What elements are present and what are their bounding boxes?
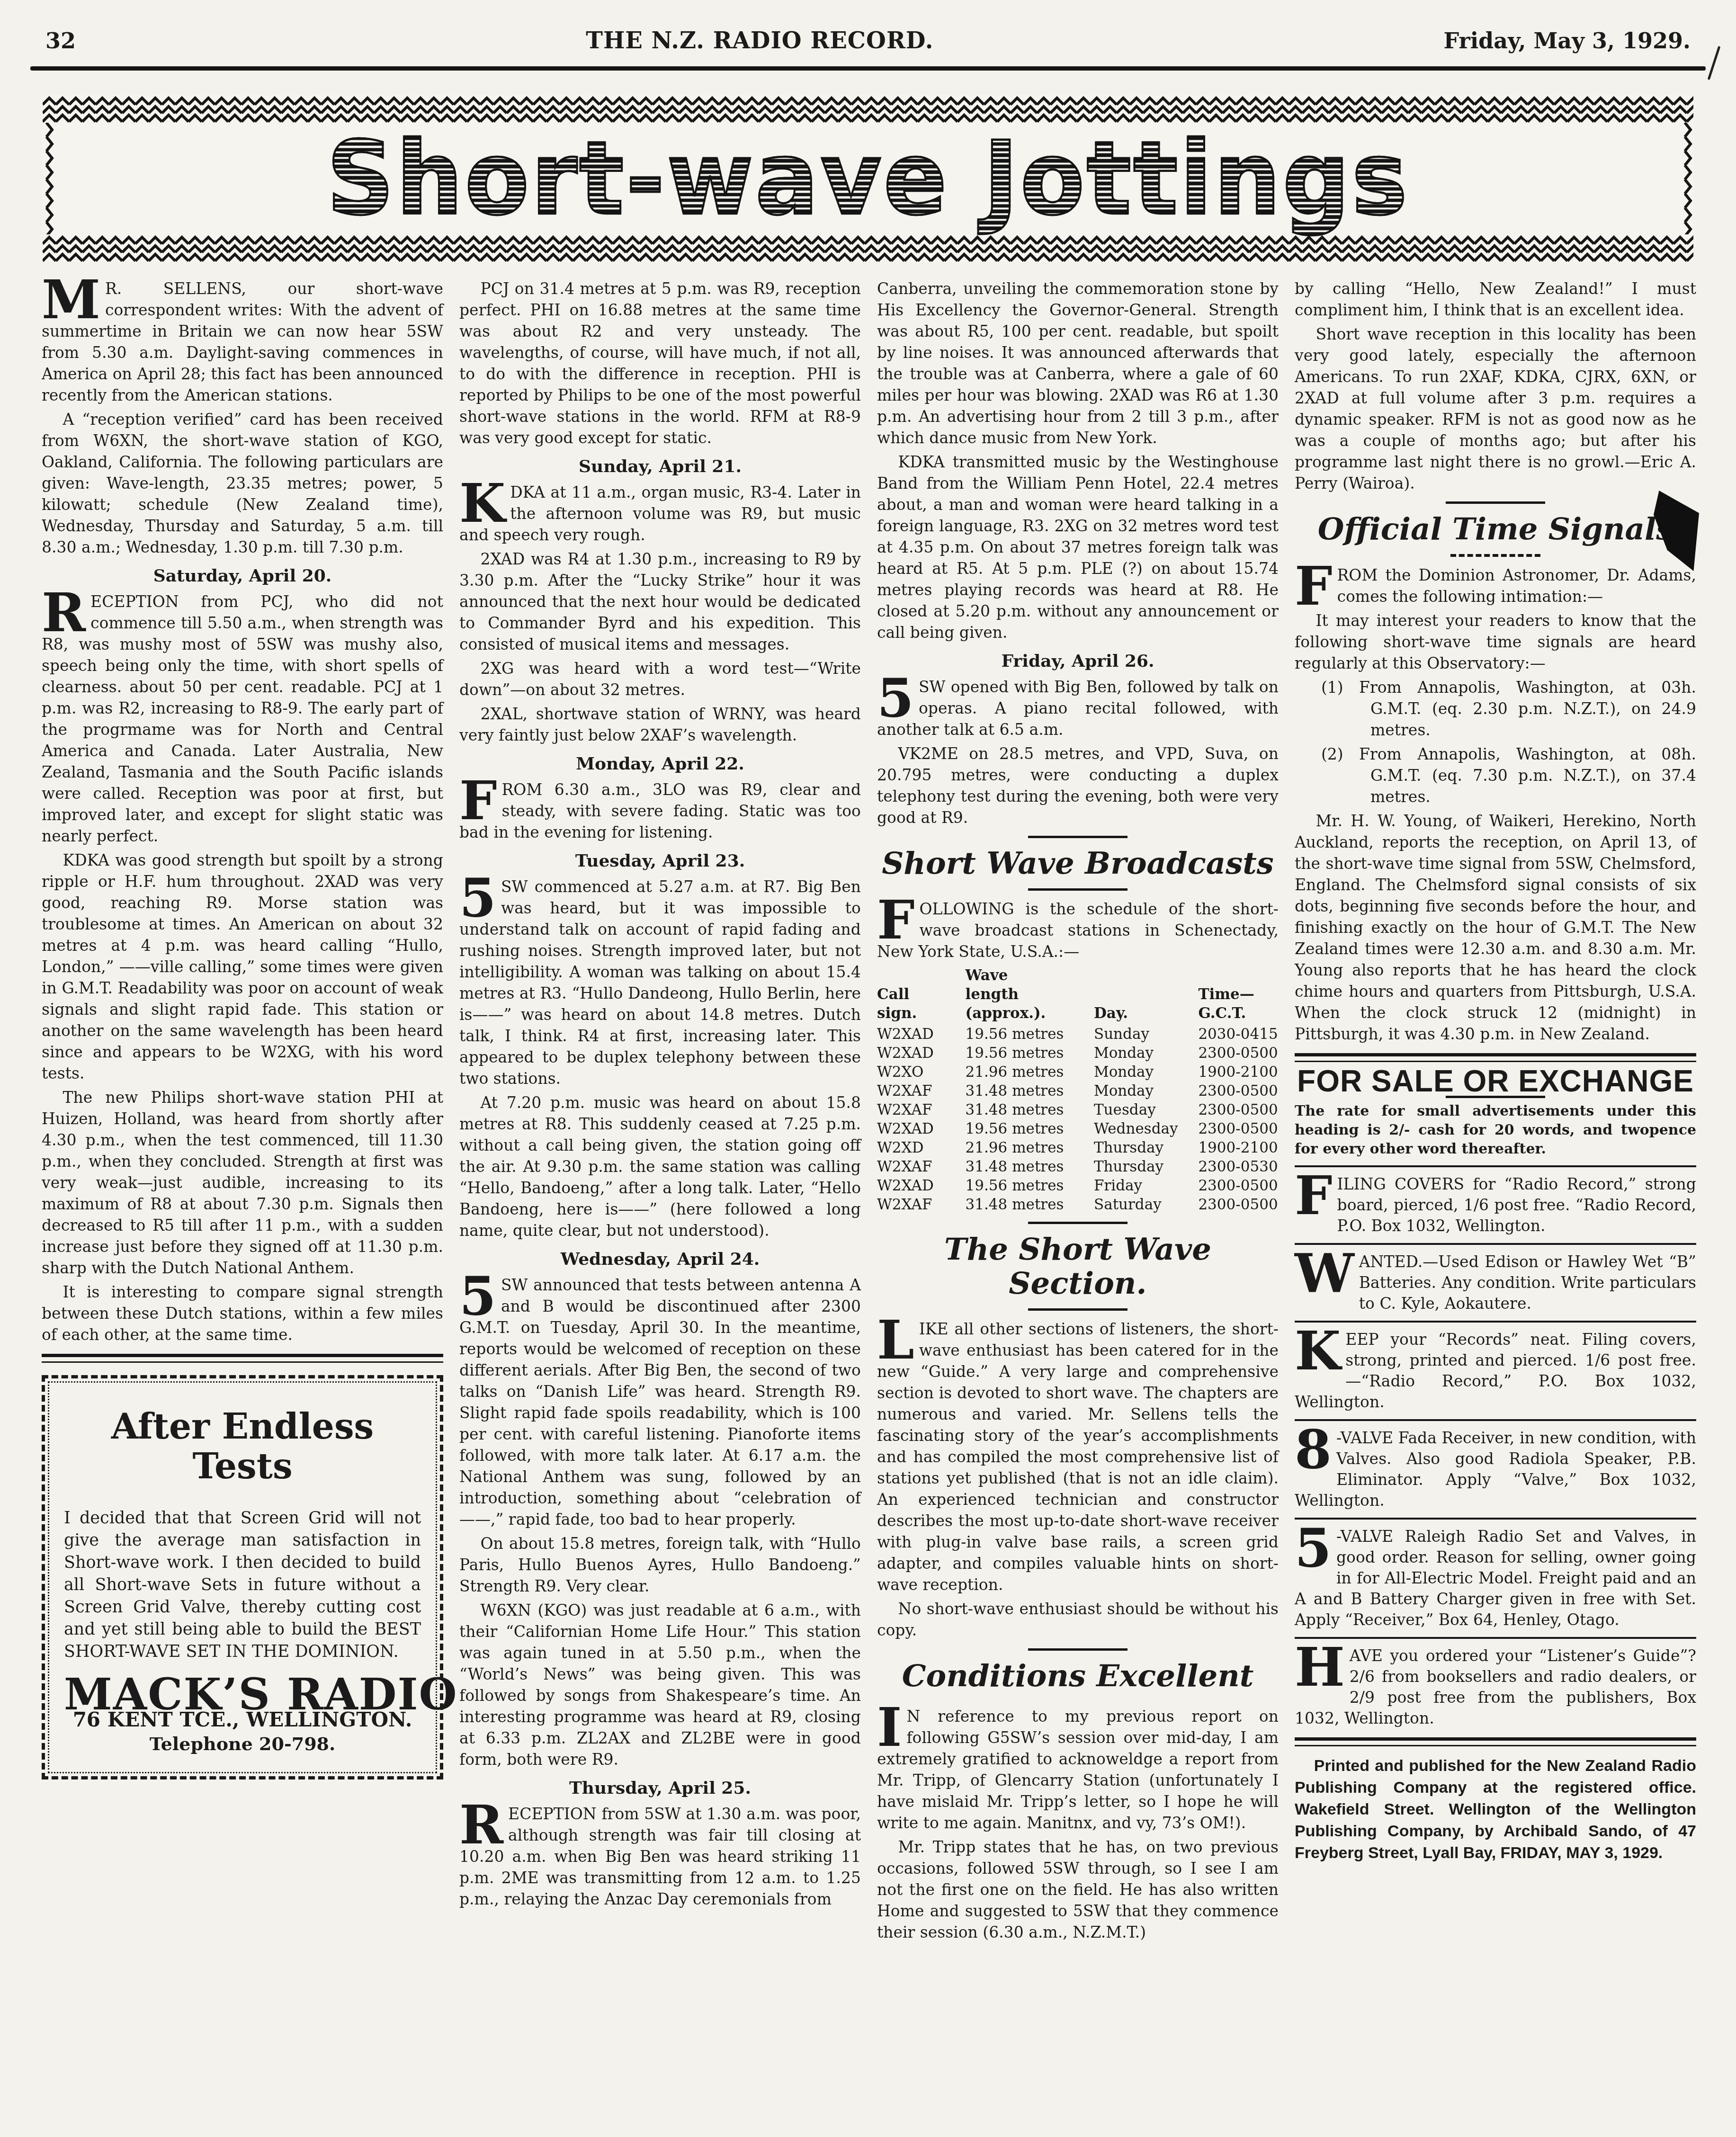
paragraph: 5SW announced that tests between antenna… xyxy=(459,1274,861,1530)
classified-item: FILING COVERS for “Radio Record,” strong… xyxy=(1295,1174,1696,1236)
cell-wave: 31.48 metres xyxy=(966,1157,1094,1176)
broadcast-schedule-table: Call sign. Wave length (approx.). Day. T… xyxy=(877,966,1279,1214)
col-header-day: Day. xyxy=(1094,966,1198,1025)
article-columns: MR. SELLENS, our short-wave corresponden… xyxy=(0,278,1736,1946)
paragraph: FROM 6.30 a.m., 3LO was R9, clear and st… xyxy=(459,779,861,843)
cell-time: 1900-2100 xyxy=(1198,1138,1279,1157)
paragraph: 2XAL, shortwave station of WRNY, was hea… xyxy=(459,703,861,746)
cell-day: Monday xyxy=(1094,1044,1198,1063)
table-row: W2XO21.96 metresMonday1900-2100 xyxy=(877,1063,1279,1082)
cell-day: Thursday xyxy=(1094,1157,1198,1176)
title-banner: Short-wave Jottings xyxy=(43,95,1693,262)
paragraph: It may interest your readers to know tha… xyxy=(1295,610,1696,674)
section-heading-short-wave-broadcasts: Short Wave Broadcasts xyxy=(877,847,1279,881)
day-heading: Sunday, April 21. xyxy=(459,456,861,477)
rule xyxy=(1028,1648,1128,1651)
rule xyxy=(1295,1518,1696,1520)
ad-body: I decided that that Screen Grid will not… xyxy=(64,1507,421,1663)
cell-call: W2XAF xyxy=(877,1082,966,1100)
cell-call: W2XAD xyxy=(877,1119,966,1138)
paragraph: Mr. H. W. Young, of Waikeri, Herekino, N… xyxy=(1295,810,1696,1045)
paragraph: MR. SELLENS, our short-wave corresponden… xyxy=(42,278,443,406)
paragraph: PCJ on 31.4 metres at 5 p.m. was R9, rec… xyxy=(459,278,861,448)
rule xyxy=(1295,1737,1696,1746)
cell-day: Sunday xyxy=(1094,1025,1198,1044)
paragraph: VK2ME on 28.5 metres, and VPD, Suva, on … xyxy=(877,743,1279,828)
rule xyxy=(1028,1308,1128,1311)
classified-item: KEEP your “Records” neat. Filing covers,… xyxy=(1295,1329,1696,1413)
classified-item: HAVE you ordered your “Listener’s Guide”… xyxy=(1295,1645,1696,1729)
paragraph: 2XG was heard with a word test—“Write do… xyxy=(459,658,861,700)
cell-day: Tuesday xyxy=(1094,1100,1198,1119)
col-header-wave-length: Wave length (approx.). xyxy=(966,966,1094,1025)
cell-wave: 31.48 metres xyxy=(966,1082,1094,1100)
cell-time: 2300-0500 xyxy=(1198,1100,1279,1119)
banner-title: Short-wave Jottings xyxy=(327,119,1409,237)
paragraph: IN reference to my previous report on fo… xyxy=(877,1706,1279,1833)
table-row: W2XAF31.48 metresThursday2300-0530 xyxy=(877,1157,1279,1176)
paragraph: Short wave reception in this locality ha… xyxy=(1295,323,1696,494)
cell-call: W2XAF xyxy=(877,1157,966,1176)
paragraph: KDKA transmitted music by the Westinghou… xyxy=(877,451,1279,643)
cell-time: 2300-0500 xyxy=(1198,1176,1279,1195)
cell-wave: 19.56 metres xyxy=(966,1176,1094,1195)
rule xyxy=(1450,554,1540,557)
col-header-time: Time— G.C.T. xyxy=(1198,966,1279,1025)
cell-time: 2300-0500 xyxy=(1198,1119,1279,1138)
ad-rate-notice: The rate for small advertisements under … xyxy=(1295,1102,1696,1159)
cell-time: 2300-0500 xyxy=(1198,1195,1279,1214)
paragraph: by calling “Hello, New Zealand!” I must … xyxy=(1295,278,1696,321)
page-header: 32 THE N.Z. RADIO RECORD. Friday, May 3,… xyxy=(0,0,1736,54)
page-number: 32 xyxy=(45,28,76,54)
rule xyxy=(1295,1053,1696,1062)
zigzag-border-left xyxy=(43,123,55,234)
col-header-call-sign: Call sign. xyxy=(877,966,966,1025)
paragraph: W6XN (KGO) was just readable at 6 a.m., … xyxy=(459,1600,861,1770)
newspaper-page: 32 THE N.Z. RADIO RECORD. Friday, May 3,… xyxy=(0,0,1736,2137)
rule xyxy=(1295,1637,1696,1639)
rule xyxy=(1028,1222,1128,1224)
table-row: W2XAD19.56 metresWednesday2300-0500 xyxy=(877,1119,1279,1138)
advertiser-phone: Telephone 20-798. xyxy=(64,1733,421,1754)
rule xyxy=(1028,888,1128,891)
cell-time: 2300-0500 xyxy=(1198,1082,1279,1100)
cell-day: Thursday xyxy=(1094,1138,1198,1157)
table-row: W2XAF31.48 metresSaturday2300-0500 xyxy=(877,1195,1279,1214)
rule xyxy=(1028,836,1128,838)
paragraph: FROM the Dominion Astronomer, Dr. Adams,… xyxy=(1295,564,1696,607)
cell-wave: 31.48 metres xyxy=(966,1195,1094,1214)
paragraph: At 7.20 p.m. music was heard on about 15… xyxy=(459,1092,861,1241)
column-4: by calling “Hello, New Zealand!” I must … xyxy=(1295,278,1696,1946)
cell-call: W2XD xyxy=(877,1138,966,1157)
time-signal-item: (2) From Annapolis, Washington, at 08h. … xyxy=(1295,743,1696,807)
table-row: W2XAD19.56 metresSunday2030-0415 xyxy=(877,1025,1279,1044)
rule xyxy=(1295,1321,1696,1323)
cell-day: Monday xyxy=(1094,1063,1198,1082)
page-date: Friday, May 3, 1929. xyxy=(1444,28,1691,54)
cell-call: W2XAF xyxy=(877,1195,966,1214)
cell-time: 2030-0415 xyxy=(1198,1025,1279,1044)
cell-day: Monday xyxy=(1094,1082,1198,1100)
cell-time: 2300-0530 xyxy=(1198,1157,1279,1176)
day-heading: Monday, April 22. xyxy=(459,753,861,774)
cell-wave: 19.56 metres xyxy=(966,1044,1094,1063)
paragraph: It is interesting to compare signal stre… xyxy=(42,1281,443,1345)
paragraph: Mr. Tripp states that he has, on two pre… xyxy=(877,1836,1279,1943)
paragraph: RECEPTION from PCJ, who did not commence… xyxy=(42,591,443,847)
cell-wave: 19.56 metres xyxy=(966,1025,1094,1044)
paragraph: No short-wave enthusiast should be witho… xyxy=(877,1598,1279,1641)
for-sale-heading: FOR SALE OR EXCHANGE xyxy=(1295,1071,1696,1092)
column-2: PCJ on 31.4 metres at 5 p.m. was R9, rec… xyxy=(459,278,861,1946)
official-time-signals-heading-wrap: Official Time Signals xyxy=(1295,512,1696,546)
paragraph: 5SW commenced at 5.27 a.m. at R7. Big Be… xyxy=(459,876,861,1089)
masthead: THE N.Z. RADIO RECORD. xyxy=(586,27,933,54)
advertiser-name: MACK’S RADIO xyxy=(64,1684,421,1705)
day-heading: Thursday, April 25. xyxy=(459,1778,861,1798)
macks-radio-ad: After Endless Tests I decided that that … xyxy=(42,1375,443,1779)
table-row: W2XAF31.48 metresTuesday2300-0500 xyxy=(877,1100,1279,1119)
paragraph: FOLLOWING is the schedule of the short-w… xyxy=(877,898,1279,962)
section-heading-official-time-signals: Official Time Signals xyxy=(1295,512,1696,546)
classified-item: WANTED.—Used Edison or Hawley Wet “B” Ba… xyxy=(1295,1252,1696,1314)
zigzag-border-top xyxy=(43,95,1693,123)
table-row: W2XAD19.56 metresFriday2300-0500 xyxy=(877,1176,1279,1195)
cell-wave: 21.96 metres xyxy=(966,1063,1094,1082)
table-row: W2XAD19.56 metresMonday2300-0500 xyxy=(877,1044,1279,1063)
column-3: Canberra, unveiling the commemoration st… xyxy=(877,278,1279,1946)
paragraph: 2XAD was R4 at 1.30 p.m., increasing to … xyxy=(459,548,861,655)
rule xyxy=(1295,1419,1696,1421)
cell-call: W2XAD xyxy=(877,1044,966,1063)
day-heading: Saturday, April 20. xyxy=(42,565,443,586)
paragraph: On about 15.8 metres, foreign talk, with… xyxy=(459,1533,861,1597)
imprint-text: Printed and published for the New Zealan… xyxy=(1295,1755,1696,1864)
cell-day: Friday xyxy=(1094,1176,1198,1195)
advertiser-address: 76 KENT TCE., WELLINGTON. xyxy=(64,1709,421,1730)
cell-day: Wednesday xyxy=(1094,1119,1198,1138)
section-heading-short-wave-section: The Short Wave Section. xyxy=(877,1233,1279,1301)
cell-wave: 31.48 metres xyxy=(966,1100,1094,1119)
ad-title: After Endless Tests xyxy=(64,1407,421,1486)
paragraph: LIKE all other sections of listeners, th… xyxy=(877,1318,1279,1595)
cell-call: W2XAD xyxy=(877,1176,966,1195)
classified-item: 8-VALVE Fada Receiver, in new condition,… xyxy=(1295,1428,1696,1511)
classified-item: 5-VALVE Raleigh Radio Set and Valves, in… xyxy=(1295,1526,1696,1630)
rule xyxy=(1295,1165,1696,1167)
column-1: MR. SELLENS, our short-wave corresponden… xyxy=(42,278,443,1946)
cell-wave: 21.96 metres xyxy=(966,1138,1094,1157)
paragraph: A “reception verified” card has been rec… xyxy=(42,409,443,558)
cell-call: W2XAF xyxy=(877,1100,966,1119)
cell-day: Saturday xyxy=(1094,1195,1198,1214)
paragraph: RECEPTION from 5SW at 1.30 a.m. was poor… xyxy=(459,1803,861,1910)
paragraph: The new Philips short-wave station PHI a… xyxy=(42,1087,443,1279)
paragraph: KDKA at 11 a.m., organ music, R3-4. Late… xyxy=(459,482,861,545)
table-row: W2XD21.96 metresThursday1900-2100 xyxy=(877,1138,1279,1157)
rule xyxy=(42,1354,443,1363)
rule xyxy=(1446,501,1545,504)
cell-call: W2XO xyxy=(877,1063,966,1082)
cell-time: 2300-0500 xyxy=(1198,1044,1279,1063)
rule xyxy=(1295,1243,1696,1245)
table-row: W2XAF31.48 metresMonday2300-0500 xyxy=(877,1082,1279,1100)
day-heading: Tuesday, April 23. xyxy=(459,850,861,871)
paragraph: KDKA was good strength but spoilt by a s… xyxy=(42,849,443,1084)
cell-call: W2XAD xyxy=(877,1025,966,1044)
section-heading-conditions-excellent: Conditions Excellent xyxy=(877,1659,1279,1693)
table-header-row: Call sign. Wave length (approx.). Day. T… xyxy=(877,966,1279,1025)
zigzag-border-bottom xyxy=(43,234,1693,262)
cell-wave: 19.56 metres xyxy=(966,1119,1094,1138)
ink-blot xyxy=(1654,491,1699,571)
publisher-imprint: Printed and published for the New Zealan… xyxy=(1295,1755,1696,1864)
cell-time: 1900-2100 xyxy=(1198,1063,1279,1082)
paragraph: 5SW opened with Big Ben, followed by tal… xyxy=(877,676,1279,740)
header-rule xyxy=(30,66,1706,71)
day-heading: Wednesday, April 24. xyxy=(459,1249,861,1270)
paragraph: Canberra, unveiling the commemoration st… xyxy=(877,278,1279,448)
day-heading: Friday, April 26. xyxy=(877,651,1279,671)
zigzag-border-right xyxy=(1681,123,1693,234)
time-signal-item: (1) From Annapolis, Washington, at 03h. … xyxy=(1295,677,1696,741)
